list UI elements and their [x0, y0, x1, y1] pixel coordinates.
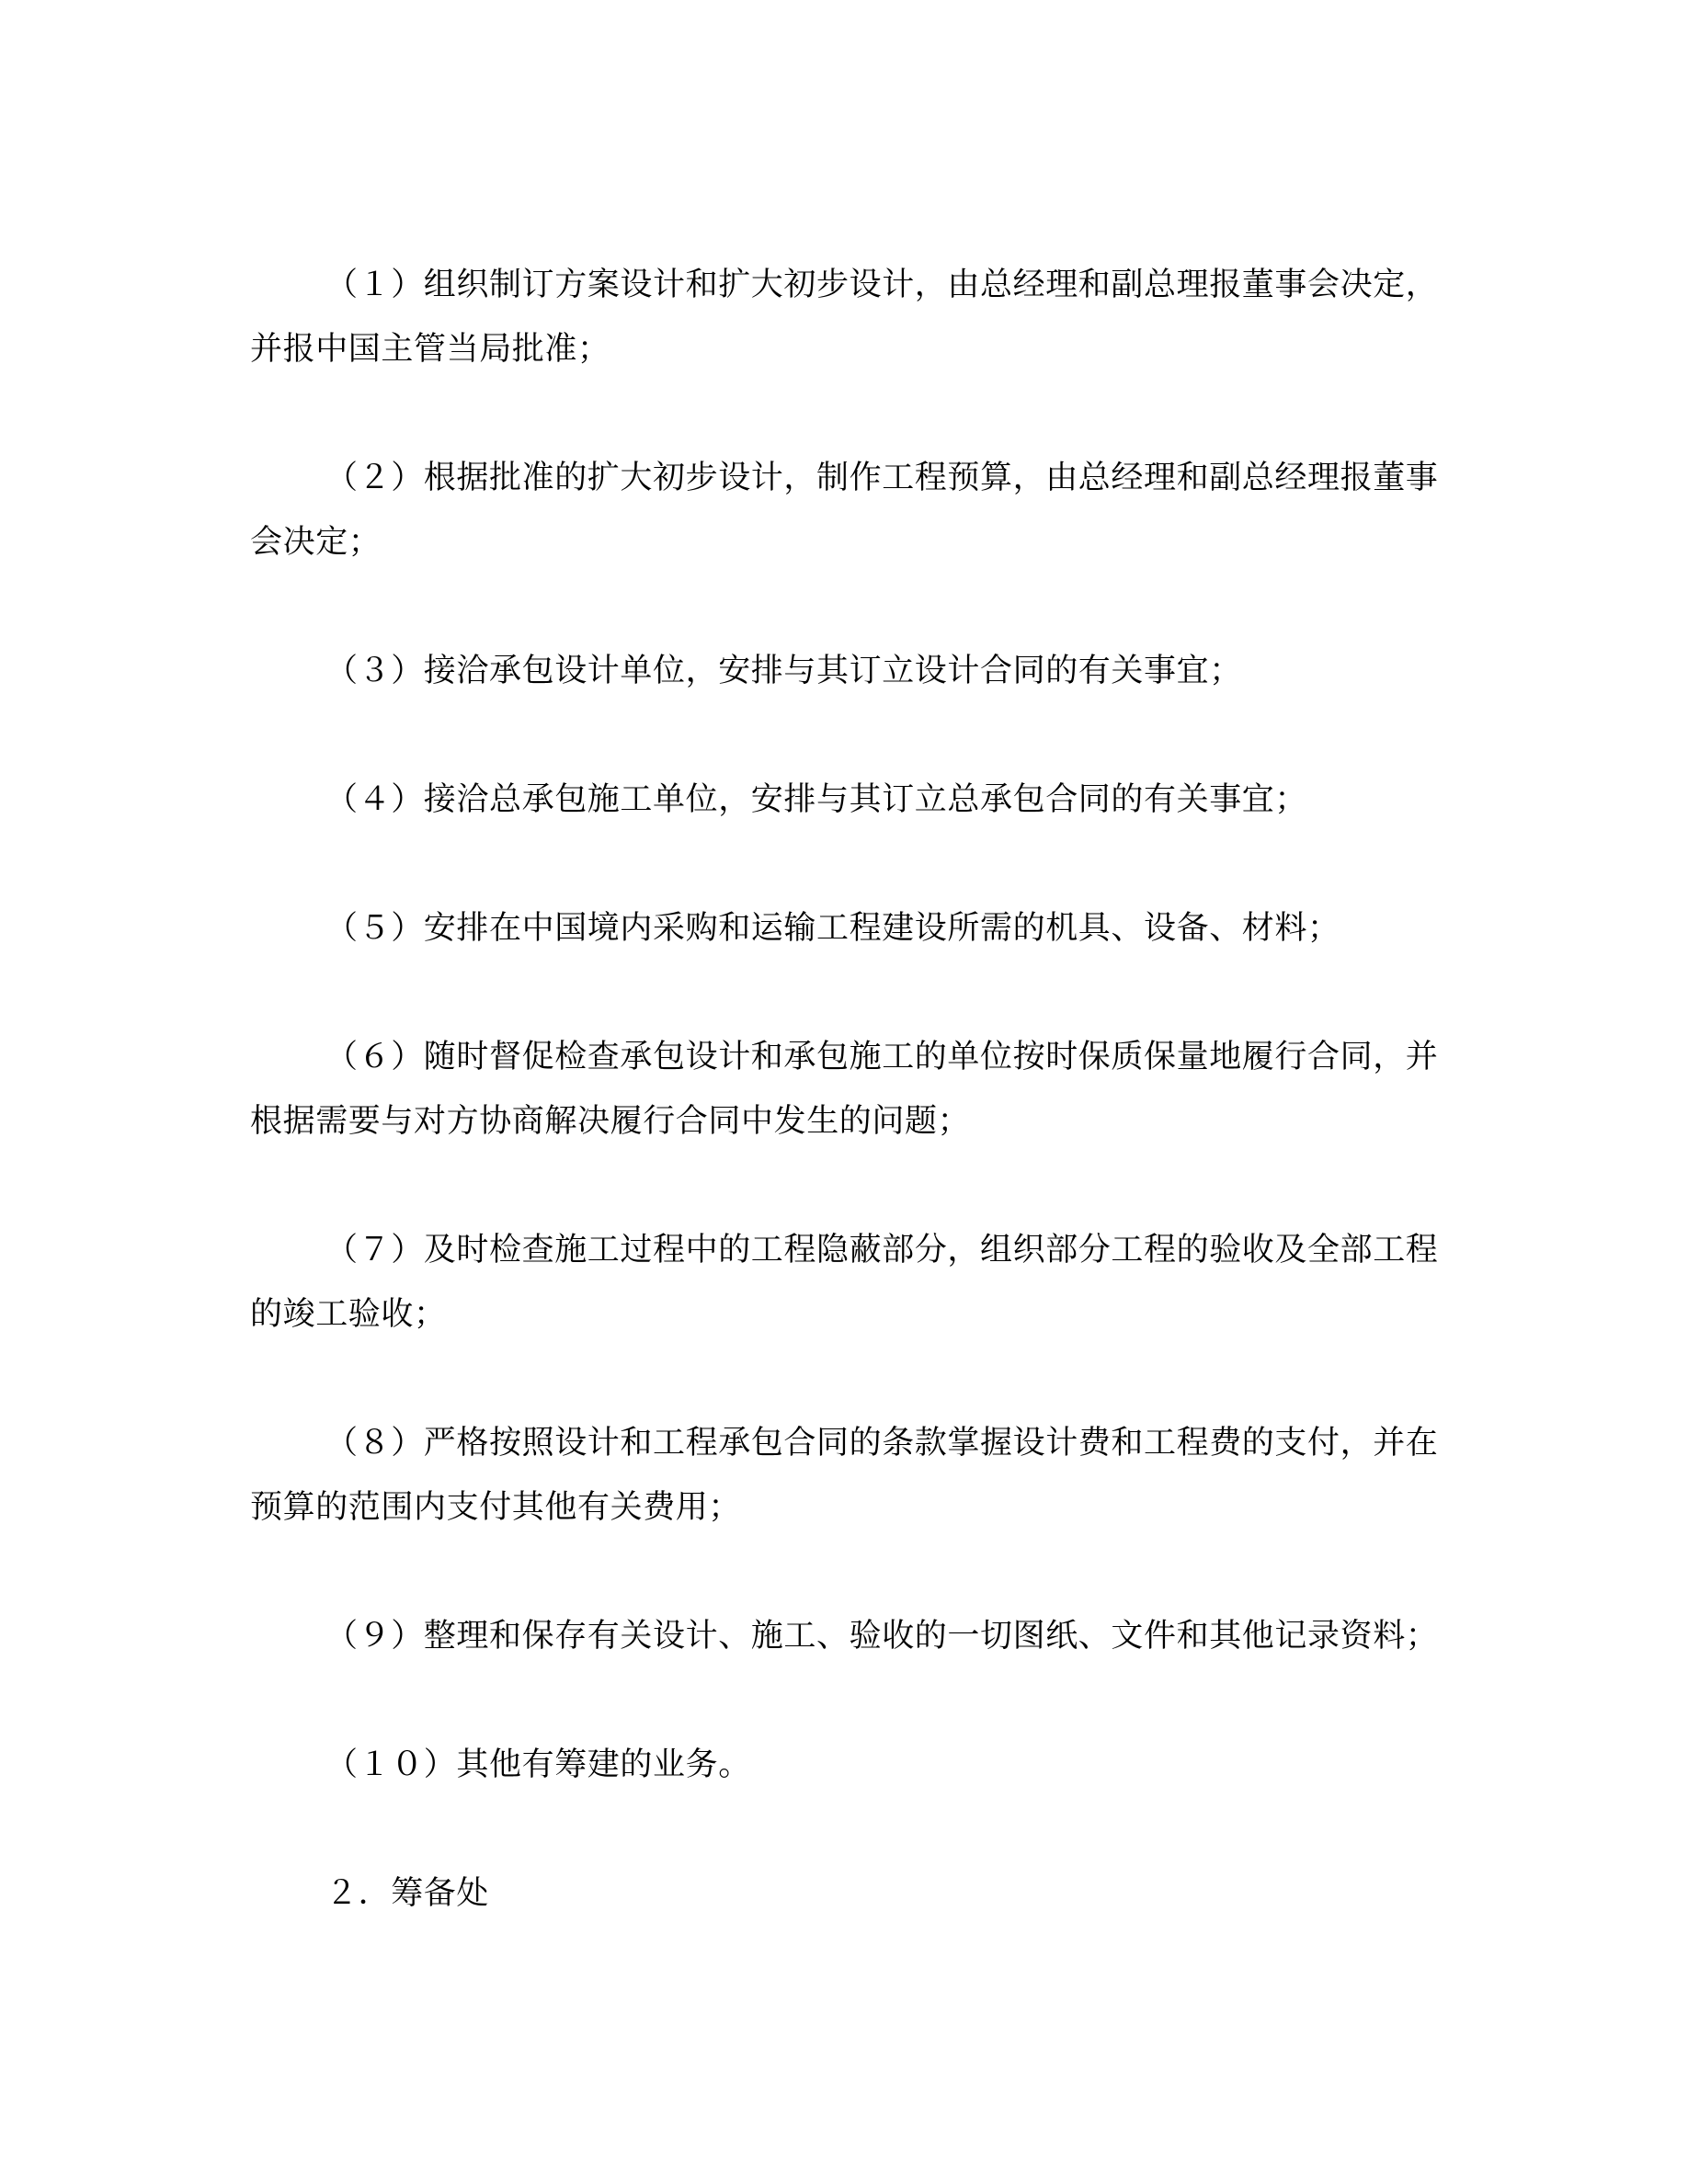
section-heading-text: ２．筹备处 — [250, 1861, 1445, 1926]
list-item-5: （５）安排在中国境内采购和运输工程建设所需的机具、设备、材料； — [250, 896, 1445, 961]
paragraph-line: 根据需要与对方协商解决履行合同中发生的问题； — [250, 1089, 1445, 1154]
list-item-8: （８）严格按照设计和工程承包合同的条款掌握设计费和工程费的支付，并在 预算的范围… — [250, 1411, 1445, 1540]
list-item-1: （１）组织制订方案设计和扩大初步设计，由总经理和副总理报董事会决定， 并报中国主… — [250, 253, 1445, 381]
paragraph-line: （７）及时检查施工过程中的工程隐蔽部分，组织部分工程的验收及全部工程 — [250, 1218, 1445, 1282]
list-item-4: （４）接洽总承包施工单位，安排与其订立总承包合同的有关事宜； — [250, 768, 1445, 832]
section-heading: ２．筹备处 — [250, 1861, 1445, 1926]
list-item-2: （２）根据批准的扩大初步设计，制作工程预算，由总经理和副总经理报董事 会决定； — [250, 446, 1445, 574]
paragraph-line: （６）随时督促检查承包设计和承包施工的单位按时保质保量地履行合同，并 — [250, 1025, 1445, 1089]
list-item-10: （１０）其他有筹建的业务。 — [250, 1733, 1445, 1797]
paragraph-line: 并报中国主管当局批准； — [250, 317, 1445, 381]
paragraph-line: 会决定； — [250, 510, 1445, 574]
list-item-6: （６）随时督促检查承包设计和承包施工的单位按时保质保量地履行合同，并 根据需要与… — [250, 1025, 1445, 1154]
list-item-7: （７）及时检查施工过程中的工程隐蔽部分，组织部分工程的验收及全部工程 的竣工验收… — [250, 1218, 1445, 1347]
paragraph-line: （２）根据批准的扩大初步设计，制作工程预算，由总经理和副总经理报董事 — [250, 446, 1445, 510]
paragraph-line: （３）接洽承包设计单位，安排与其订立设计合同的有关事宜； — [250, 639, 1445, 703]
paragraph-line: （１）组织制订方案设计和扩大初步设计，由总经理和副总理报董事会决定， — [250, 253, 1445, 317]
paragraph-line: （８）严格按照设计和工程承包合同的条款掌握设计费和工程费的支付，并在 — [250, 1411, 1445, 1475]
list-item-9: （９）整理和保存有关设计、施工、验收的一切图纸、文件和其他记录资料； — [250, 1604, 1445, 1668]
paragraph-line: （４）接洽总承包施工单位，安排与其订立总承包合同的有关事宜； — [250, 768, 1445, 832]
paragraph-line: （９）整理和保存有关设计、施工、验收的一切图纸、文件和其他记录资料； — [250, 1604, 1445, 1668]
paragraph-line: 预算的范围内支付其他有关费用； — [250, 1475, 1445, 1540]
document-body: （１）组织制订方案设计和扩大初步设计，由总经理和副总理报董事会决定， 并报中国主… — [250, 253, 1445, 1990]
paragraph-line: （５）安排在中国境内采购和运输工程建设所需的机具、设备、材料； — [250, 896, 1445, 961]
paragraph-line: （１０）其他有筹建的业务。 — [250, 1733, 1445, 1797]
document-page: （１）组织制订方案设计和扩大初步设计，由总经理和副总理报董事会决定， 并报中国主… — [0, 0, 1688, 2184]
list-item-3: （３）接洽承包设计单位，安排与其订立设计合同的有关事宜； — [250, 639, 1445, 703]
paragraph-line: 的竣工验收； — [250, 1282, 1445, 1347]
